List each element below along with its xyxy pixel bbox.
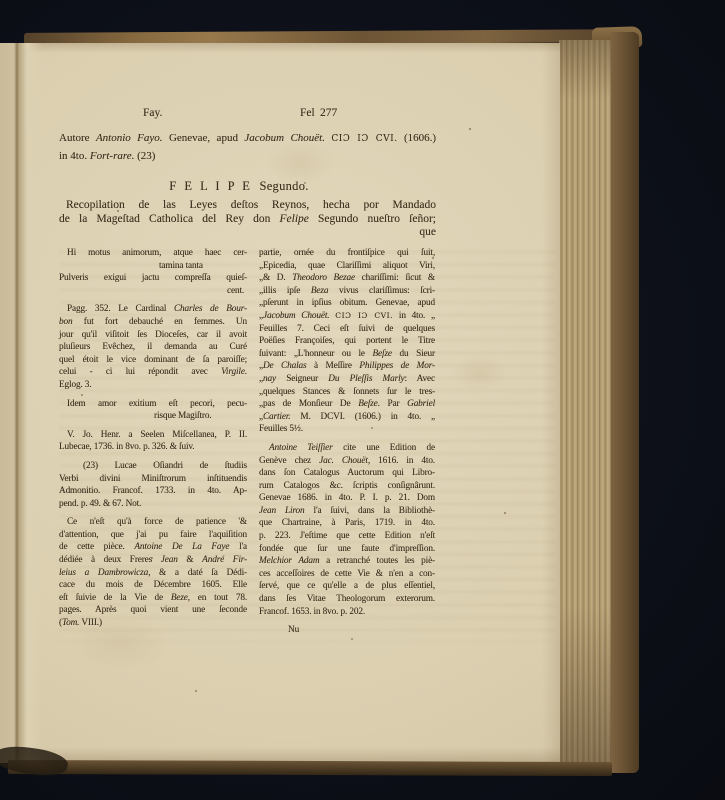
text-line: Pagg. 352. Le Cardinal Charles de Bour- (59, 303, 247, 316)
paragraph: Pagg. 352. Le Cardinal Charles de Bour-b… (59, 303, 247, 391)
italic-text: Jean (161, 555, 178, 565)
text-segment: in 4to. (59, 150, 90, 162)
text-line: „De Chalas à Meſſire Philippes de Mor- (259, 360, 435, 373)
left-column: Hi motus animorum, atque haec cer-tamina… (59, 247, 247, 630)
italic-text: Beza (311, 286, 328, 296)
text-segment: dédiée à deux Freres (59, 555, 161, 565)
text-line: celui - ci lui répondit avec Virgile. (59, 366, 247, 379)
text-segment: V. Jo. Henr. a Seelen Miſcellanea, P. II… (67, 430, 247, 440)
text-segment: Verbi divini Miniſtrorum inſtituendis (59, 474, 247, 484)
text-segment: Poëſies Françoiſes, qui portent le Titre (259, 336, 435, 346)
book-bottom-edge (8, 760, 612, 776)
text-line: dans ſes Vitae Theologorum exterorum. (259, 593, 435, 606)
text-segment: , 1616. in 4to. (368, 456, 435, 466)
text-line: que Chartraine, à Paris, 1719. in 4to. (259, 517, 435, 530)
text-segment: p. 223. J'eſtime que cette Edition n'eſt (259, 531, 435, 541)
italic-text: Antonio Fayo. (96, 132, 163, 144)
text-segment: pages. Après quoi vient une ſeconde (59, 605, 247, 615)
text-line: cent. (59, 285, 247, 298)
italic-text: nay (263, 374, 276, 384)
text-segment: , & a daté ſa Dédi- (148, 568, 247, 578)
italic-text: Antoine Teiſſier (269, 443, 333, 453)
text-line: rum Catalogos &c. ſcriptis conſignârunt. (259, 480, 435, 493)
text-segment: à Meſſire (307, 361, 360, 371)
text-segment: pluſieurs Evêchez, il demanda au Curé (59, 342, 247, 352)
running-title-center: Fel (300, 107, 315, 119)
intro-block: Autore Antonio Fayo. Genevae, apud Jacob… (59, 130, 436, 165)
italic-text: Jacobum Chouët. (263, 311, 329, 321)
text-segment: ſervé, que ce qu'elle a de plus eſſentie… (259, 581, 435, 591)
text-segment: Feuilles 5½. (259, 424, 303, 434)
text-line: cace du mois de Décembre 1605. Elle (59, 579, 247, 592)
text-line: dédiée à deux Freres Jean & André Fir- (59, 554, 247, 567)
italic-text: Beſze (358, 399, 377, 409)
italic-text: Tom. (62, 618, 79, 628)
text-line: Lubecae, 1736. in 8vo. p. 326. & ſuiv. (59, 441, 247, 454)
text-segment: Pulveris exigui jactu compreſſa quieſ- (59, 273, 247, 283)
text-line: tamina tanta (59, 260, 247, 273)
text-segment: que (419, 226, 436, 238)
text-line: Recopilation de las Leyes deſtos Reynos,… (59, 199, 436, 213)
italic-text: Theodoro Bezae (292, 273, 355, 283)
italic-text: Jac. Chouët (319, 456, 368, 466)
text-line: Genevae 1686. in 4to. P. I. p. 21. Dom (259, 492, 435, 505)
text-line: „Jacobum Chouët. CIƆ IƆ CVI. in 4to. „ (259, 310, 435, 323)
text-line: Melchior Adam a retranché toutes les piè… (259, 555, 435, 568)
title-block: Recopilation de las Leyes deſtos Reynos,… (59, 199, 436, 240)
paragraph: Autore Antonio Fayo. Genevae, apud Jacob… (59, 130, 436, 165)
text-segment: partie, ornée du frontiſpice qui ſuit, (259, 248, 435, 258)
text-line: „Epicedia, quae Clariſſimi aliquot Viri, (259, 260, 435, 273)
text-segment: CIƆ IƆ CVI. (331, 134, 397, 144)
text-segment: CIƆ IƆ CVI. (335, 311, 393, 320)
text-line: in 4to. Fort-rare. (23) (59, 148, 436, 165)
text-line: pluſieurs Evêchez, il demanda au Curé (59, 341, 247, 354)
text-line: Pulveris exigui jactu compreſſa quieſ- (59, 272, 247, 285)
text-line: Idem amor exitium eſt pecori, pecu- (59, 398, 247, 411)
text-segment: ſuivant: „L'honneur ou le (259, 349, 373, 359)
text-segment: Recopilation de las Leyes deſtos Reynos,… (66, 199, 436, 211)
text-segment: Idem amor exitium eſt pecori, pecu- (67, 399, 247, 409)
text-segment: cace du mois de Décembre 1605. Elle (59, 580, 247, 590)
text-line: Feuilles 5½. (259, 423, 435, 436)
text-line: Autore Antonio Fayo. Genevae, apud Jacob… (59, 130, 436, 148)
book-cover-board (611, 32, 639, 773)
italic-text: Beſze (373, 349, 392, 359)
text-line: dans ſon Catalogus Auctorum qui Libro- (259, 467, 435, 480)
text-segment: de cette pièce. (59, 542, 134, 552)
text-line: Nu (259, 624, 435, 637)
text-line: (23) Lucae Oſiandri de ſtudiis (59, 460, 247, 473)
text-line: jour qu'il viſitoit ſes Dioceſes, car il… (59, 329, 247, 342)
paragraph: Idem amor exitium eſt pecori, pecu-risqu… (59, 398, 247, 423)
text-line: bon fut fort debauché en femmes. Un (59, 316, 247, 329)
text-line: Antoine Teiſſier cite une Edition de (259, 442, 435, 455)
text-segment: „quelques Stances & ſonnets ſur le tres- (259, 387, 435, 397)
text-segment: : Avec (405, 374, 435, 384)
text-line: „Cartier. M. DCVI. (1606.) in 4to. „ (259, 411, 435, 424)
text-segment: vivus clariſſimus: ſcri- (328, 286, 435, 296)
text-segment: „Epicedia, quae Clariſſimi aliquot Viri, (259, 261, 435, 271)
text-segment: (23) (134, 150, 155, 162)
italic-text: Jean Liron (259, 506, 305, 516)
text-segment: l'a (229, 542, 247, 552)
text-line: Feuilles 7. Ceci eſt ſuivi de quelques (259, 323, 435, 336)
text-segment: ces acceſſoires de cette Vie & n'en a co… (259, 569, 435, 579)
text-segment: Admonitio. Francof. 1733. in 4to. Ap- (59, 486, 247, 496)
text-line: partie, ornée du frontiſpice qui ſuit, (259, 247, 435, 260)
text-line: „pas de Monſieur De Beſze. Par Gabriel (259, 398, 435, 411)
paragraph: Ce n'eſt qu'à force de patience '&d'atte… (59, 516, 247, 629)
text-segment: Francof. 1653. in 8vo. p. 202. (259, 607, 365, 617)
text-segment: Autore (59, 132, 96, 144)
text-segment: cent. (227, 286, 244, 296)
text-segment: rum Catalogos &c. ſcriptis conſignârunt. (259, 481, 435, 491)
text-line: quel étoit le vice dominant de ſa paroiſ… (59, 354, 247, 367)
text-line: leius a Dambrowicza, & a daté ſa Dédi- (59, 567, 247, 580)
text-line: Admonitio. Francof. 1733. in 4to. Ap- (59, 485, 247, 498)
italic-text: Melchior Adam (259, 556, 319, 566)
text-segment: l'a ſuivi, dans la Bibliothè- (305, 506, 435, 516)
text-segment: chariſſimi: ſicut & (355, 273, 435, 283)
text-segment: que Chartraine, à Paris, 1719. in 4to. (259, 518, 435, 528)
page-number: 277 (320, 107, 337, 119)
running-title-left: Fay. (143, 107, 162, 119)
text-segment: risque Magiſtro. (154, 411, 212, 421)
text-line: ces acceſſoires de cette Vie & n'en a co… (259, 568, 435, 581)
text-segment: Feuilles 7. Ceci eſt ſuivi de quelques (259, 324, 435, 334)
paragraph: Recopilation de las Leyes deſtos Reynos,… (59, 199, 436, 240)
text-segment: Nu (288, 625, 299, 635)
right-column: partie, ornée du frontiſpice qui ſuit,„E… (259, 247, 435, 637)
text-segment: in 4to. „ (393, 311, 435, 321)
italic-text: Antoine De La Faye (134, 542, 229, 552)
italic-text: André Fir- (202, 555, 247, 565)
italic-text: bon (59, 317, 73, 327)
text-segment: & (178, 555, 202, 565)
text-line: V. Jo. Henr. a Seelen Miſcellanea, P. II… (59, 429, 247, 442)
text-segment: Segundo nueſtro ſeñor; (309, 213, 436, 225)
text-segment: de la Mageſtad Catholica del Rey don (59, 213, 280, 225)
paragraph: partie, ornée du frontiſpice qui ſuit,„E… (259, 247, 435, 436)
italic-text: Charles de Bour- (174, 304, 247, 314)
text-segment: fondée que ſur une faute d'impreſſion. (259, 544, 435, 554)
text-line: „nay Seigneur Du Pleſſis Marly: Avec (259, 373, 435, 386)
text-segment: dans ſon Catalogus Auctorum qui Libro- (259, 468, 435, 478)
felipe-heading: F E L I P ESegundo. (59, 179, 419, 194)
text-line: Ce n'eſt qu'à force de patience '& (59, 516, 247, 529)
text-segment: „illis ipſe (259, 286, 311, 296)
text-segment: VIII.) (79, 618, 102, 628)
text-line: Poëſies Françoiſes, qui portent le Titre (259, 335, 435, 348)
text-line: ſervé, que ce qu'elle a de plus eſſentie… (259, 580, 435, 593)
italic-text: Cartier. (263, 412, 290, 422)
text-segment: „& D. (259, 273, 292, 283)
text-segment: celui - ci lui répondit avec (59, 367, 221, 377)
italic-text: De Chalas (263, 361, 307, 371)
text-line: „pſerunt in ipſius obitum. Genevae, apud (259, 297, 435, 310)
paragraph: Antoine Teiſſier cite une Edition deGenè… (259, 442, 435, 618)
text-segment: dans ſes Vitae Theologorum exterorum. (259, 594, 435, 604)
italic-text: Du Pleſſis Marly (328, 374, 404, 384)
text-line: de cette pièce. Antoine De La Faye l'a (59, 541, 247, 554)
italic-text: Beze (171, 593, 188, 603)
text-segment: (23) Lucae Oſiandri de ſtudiis (83, 461, 247, 471)
text-segment: M. DCVI. (1606.) in 4to. „ (290, 412, 435, 422)
text-segment: du Sieur (392, 349, 435, 359)
text-segment: Ce n'eſt qu'à force de patience '& (67, 517, 247, 527)
text-line: „illis ipſe Beza vivus clariſſimus: ſcri… (259, 285, 435, 298)
text-segment: „pas de Monſieur De (259, 399, 358, 409)
text-segment: Seigneur (276, 374, 328, 384)
paragraph: Nu (259, 624, 435, 637)
italic-text: Gabriel (407, 399, 435, 409)
text-segment: , en tout 78. (188, 593, 247, 603)
italic-text: Fort-rare. (90, 150, 135, 162)
text-segment: eſt ſuivie de la Vie de (59, 593, 171, 603)
heading-rest-word: Segundo. (259, 179, 308, 193)
text-segment: Genève chez (259, 456, 319, 466)
text-segment: d'attention, que j'ai pu faire l'aquiſit… (59, 530, 247, 540)
italic-text: Felipe (280, 213, 309, 225)
text-segment: cite une Edition de (333, 443, 435, 453)
paragraph: Hi motus animorum, atque haec cer-tamina… (59, 247, 247, 297)
text-segment: Hi motus animorum, atque haec cer- (67, 248, 247, 258)
text-segment: pend. p. 49. & 67. Not. (59, 499, 141, 509)
book-fore-edge (559, 40, 612, 767)
text-line: eſt ſuivie de la Vie de Beze, en tout 78… (59, 592, 247, 605)
italic-text: leius a Dambrowicza (59, 568, 148, 578)
text-segment: Pagg. 352. Le Cardinal (67, 304, 174, 314)
text-line: pend. p. 49. & 67. Not. (59, 498, 247, 511)
text-segment: fut fort debauché en femmes. Un (73, 317, 248, 327)
text-line: Hi motus animorum, atque haec cer- (59, 247, 247, 260)
italic-text: Virgile. (221, 367, 247, 377)
text-segment: quel étoit le vice dominant de ſa paroiſ… (59, 355, 247, 365)
text-line: Jean Liron l'a ſuivi, dans la Bibliothè- (259, 505, 435, 518)
text-segment: Lubecae, 1736. in 8vo. p. 326. & ſuiv. (59, 442, 194, 452)
text-line: Genève chez Jac. Chouët, 1616. in 4to. (259, 455, 435, 468)
text-segment: tamina tanta (159, 261, 203, 271)
text-line: Eglog. 3. (59, 379, 247, 392)
text-segment: (1606.) (398, 132, 436, 144)
text-line: pages. Après quoi vient une ſeconde (59, 604, 247, 617)
text-line: d'attention, que j'ai pu faire l'aquiſit… (59, 529, 247, 542)
text-line: Verbi divini Miniſtrorum inſtituendis (59, 473, 247, 486)
paragraph: (23) Lucae Oſiandri de ſtudiisVerbi divi… (59, 460, 247, 510)
text-segment: . Par (378, 399, 408, 409)
text-line: „& D. Theodoro Bezae chariſſimi: ſicut & (259, 272, 435, 285)
text-line: Francof. 1653. in 8vo. p. 202. (259, 606, 435, 619)
text-segment: „pſerunt in ipſius obitum. Genevae, apud (259, 298, 435, 308)
paragraph: V. Jo. Henr. a Seelen Miſcellanea, P. II… (59, 429, 247, 454)
text-segment: Genevae 1686. in 4to. P. I. p. 21. Dom (259, 493, 435, 503)
text-line: p. 223. J'eſtime que cette Edition n'eſt (259, 530, 435, 543)
text-line: de la Mageſtad Catholica del Rey don Fel… (59, 213, 436, 227)
heading-spaced-word: F E L I P E (169, 179, 252, 193)
text-segment: Genevae, apud (163, 132, 245, 144)
text-segment: a retranché toutes les piè- (319, 556, 435, 566)
italic-text: Philippes de Mor- (359, 361, 435, 371)
text-line: (Tom. VIII.) (59, 617, 247, 630)
text-segment: Eglog. 3. (59, 380, 91, 390)
text-line: „quelques Stances & ſonnets ſur le tres- (259, 386, 435, 399)
book-photo: Fay. Fel 277 Autore Antonio Fayo. Geneva… (0, 0, 725, 800)
text-line: risque Magiſtro. (59, 410, 247, 423)
text-line: ſuivant: „L'honneur ou le Beſze du Sieur (259, 348, 435, 361)
text-line: fondée que ſur une faute d'impreſſion. (259, 543, 435, 556)
text-line: que (59, 226, 436, 240)
italic-text: Jacobum Chouët. (244, 132, 325, 144)
text-segment: jour qu'il viſitoit ſes Dioceſes, car il… (59, 330, 247, 340)
